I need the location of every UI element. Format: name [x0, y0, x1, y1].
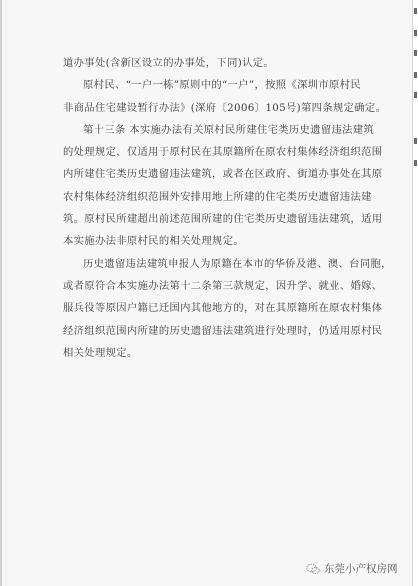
paragraph-1: 道办事处(含新区设立的办事处，下同)认定。 [63, 52, 355, 74]
text-line: 筑。原村民所建超出前述范围所建的住宅类历史遗留违法建筑，适用 [63, 208, 355, 230]
text-line: 道办事处(含新区设立的办事处，下同)认定。 [63, 52, 355, 74]
text-line: 历史遗留违法建筑申报人为原籍在本市的华侨及港、澳、台同胞， [63, 253, 355, 275]
watermark: 东莞小产权房网 [306, 561, 398, 576]
document-page: 道办事处(含新区设立的办事处，下同)认定。 原村民、“一户一栋”原则中的“一户”… [0, 0, 418, 586]
document-body: 道办事处(含新区设立的办事处，下同)认定。 原村民、“一户一栋”原则中的“一户”… [63, 52, 355, 364]
wechat-icon [306, 563, 320, 575]
paragraph-2: 原村民、“一户一栋”原则中的“一户”，按照《深圳市原村民 非商品住宅建设暂行办法… [63, 74, 355, 119]
page-right-border [412, 0, 418, 586]
text-line: 内所建住宅类历史遗留违法建筑，或者在区政府、街道办事处在其原 [63, 163, 355, 185]
text-line: 或者原符合本实施办法第十二条第三款规定，因升学、就业、婚嫁、 [63, 275, 355, 297]
text-line: 非商品住宅建设暂行办法》(深府〔2006〕105号)第四条规定确定。 [63, 97, 355, 119]
text-line: 的处理规定，仅适用于原村民在其原籍所在原农村集体经济组织范围 [63, 141, 355, 163]
watermark-text: 东莞小产权房网 [324, 561, 398, 576]
paragraph-4: 历史遗留违法建筑申报人为原籍在本市的华侨及港、澳、台同胞， 或者原符合本实施办法… [63, 253, 355, 364]
text-line: 农村集体经济组织范围外安排用地上所建的住宅类历史遗留违法建 [63, 186, 355, 208]
page-left-border [0, 0, 2, 586]
paragraph-article-13: 第十三条 本实施办法有关原村民所建住宅类历史遗留违法建筑 的处理规定，仅适用于原… [63, 119, 355, 253]
text-line: 原村民、“一户一栋”原则中的“一户”，按照《深圳市原村民 [63, 74, 355, 96]
text-line: 经济组织范围内所建的历史遗留违法建筑进行处理时，仍适用原村民 [63, 320, 355, 342]
text-line: 相关处理规定。 [63, 342, 355, 364]
text-line: 本实施办法非原村民的相关处理规定。 [63, 230, 355, 252]
text-line: 服兵役等原因户籍已迁国内其他地方的，对在其原籍所在原农村集体 [63, 297, 355, 319]
text-line: 第十三条 本实施办法有关原村民所建住宅类历史遗留违法建筑 [63, 119, 355, 141]
page-left-shadow [5, 0, 6, 586]
